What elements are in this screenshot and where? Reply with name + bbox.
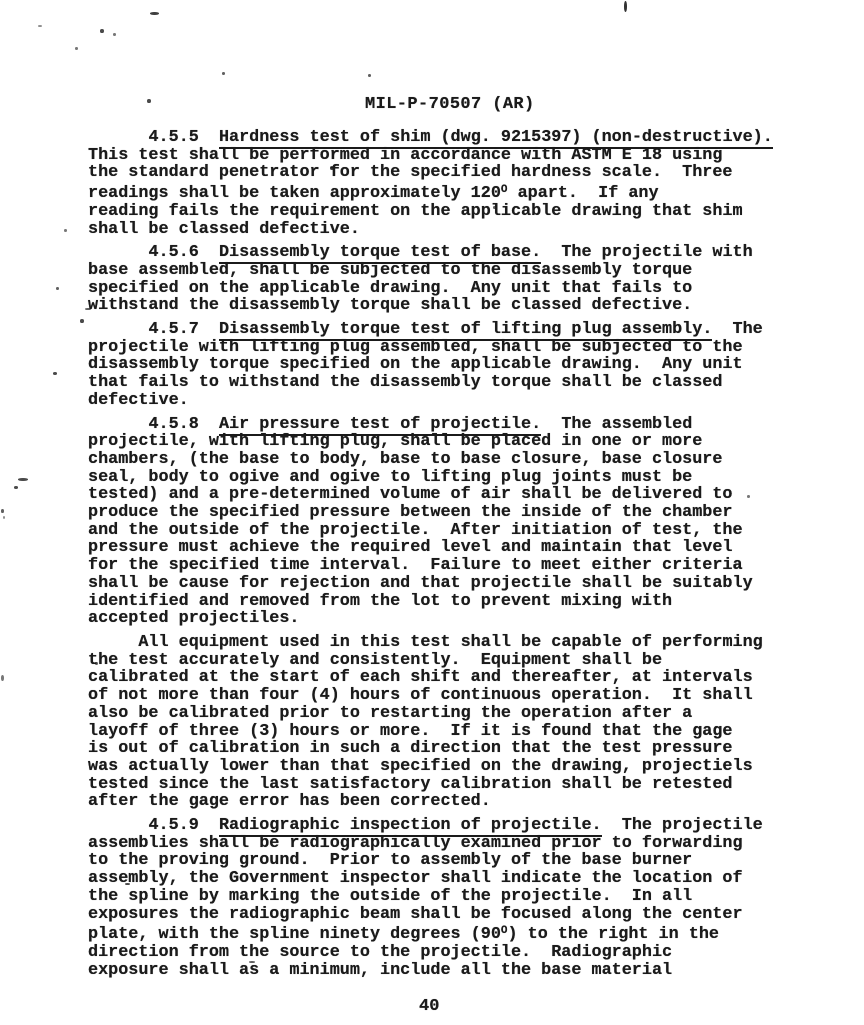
scan-speckle	[100, 29, 104, 33]
scan-speckle	[3, 516, 5, 519]
scan-speckle	[53, 372, 57, 375]
scan-speckle	[95, 662, 98, 665]
scan-speckle	[150, 12, 159, 15]
scan-speckle	[113, 33, 116, 36]
body-text: All equipment used in this test shall be…	[88, 633, 763, 811]
paragraph-equipment-calibration: All equipment used in this test shall be…	[88, 634, 840, 811]
scan-speckle	[493, 206, 496, 209]
scan-speckle	[14, 486, 18, 489]
body-text: 4.5.5	[88, 128, 219, 147]
scan-speckle	[64, 229, 67, 232]
scan-speckle	[38, 25, 42, 27]
section-4-5-9: 4.5.9 Radiographic inspection of project…	[88, 817, 840, 979]
section-4-5-8: 4.5.8 Air pressure test of projectile. T…	[88, 416, 840, 628]
scan-speckle	[18, 478, 28, 481]
scan-speckle	[147, 99, 151, 103]
scan-speckle	[368, 74, 371, 77]
document-body: 4.5.5 Hardness test of shim (dwg. 921539…	[88, 129, 840, 985]
scan-speckle	[85, 308, 91, 310]
body-text: 4.5.8	[88, 415, 219, 434]
superscript-degree: O	[501, 925, 508, 937]
scan-speckle	[624, 1, 627, 12]
body-text: 4.5.9	[88, 816, 219, 835]
scan-speckle	[222, 72, 225, 75]
scanned-document-page: MIL-P-70507 (AR) 4.5.5 Hardness test of …	[0, 0, 864, 1025]
page-number: 40	[419, 997, 439, 1016]
scan-speckle	[80, 319, 84, 323]
body-text: 4.5.7	[88, 320, 219, 339]
scan-speckle	[249, 961, 255, 963]
body-text: 4.5.6	[88, 243, 219, 262]
document-id-header: MIL-P-70507 (AR)	[365, 95, 535, 114]
section-4-5-5: 4.5.5 Hardness test of shim (dwg. 921539…	[88, 129, 840, 238]
scan-speckle	[99, 494, 102, 497]
scan-speckle	[733, 564, 737, 566]
scan-speckle	[747, 495, 750, 498]
scan-speckle	[56, 287, 59, 290]
body-text: The assembled projectile, with lifting p…	[88, 415, 753, 629]
scan-speckle	[1, 509, 4, 513]
scan-speckle	[125, 883, 130, 885]
scan-speckle	[75, 47, 78, 50]
scan-speckle	[330, 166, 334, 170]
section-4-5-7: 4.5.7 Disassembly torque test of lifting…	[88, 321, 840, 410]
section-4-5-6: 4.5.6 Disassembly torque test of base. T…	[88, 244, 840, 315]
scan-speckle	[1, 675, 4, 681]
superscript-degree: O	[501, 184, 508, 196]
